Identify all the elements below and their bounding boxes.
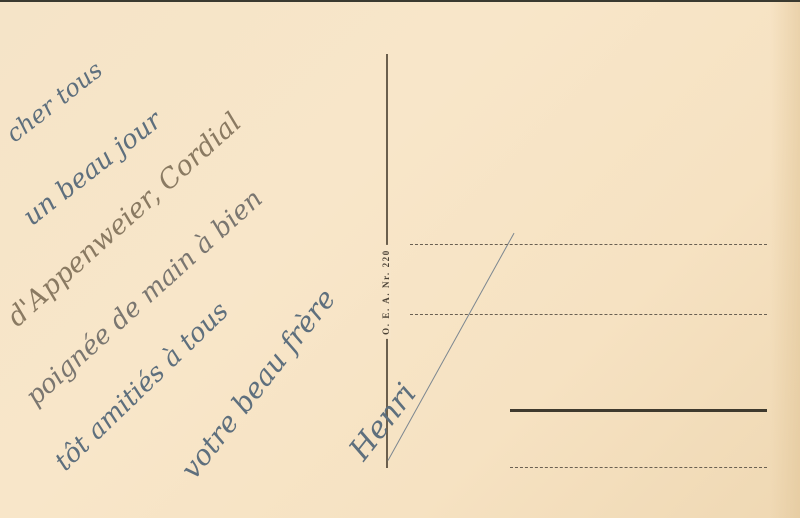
postcard-back: O. E. A. Nr. 220 cher tous un beau jour …: [0, 0, 800, 518]
address-line-4: [510, 467, 767, 468]
address-line-2: [410, 314, 767, 315]
address-line-1: [410, 244, 767, 245]
publisher-mark: O. E. A. Nr. 220: [381, 245, 391, 339]
address-line-3: [510, 409, 767, 412]
signature: Henri: [342, 377, 423, 467]
handwriting-line-1: cher tous: [1, 56, 108, 148]
signature-flourish: [388, 233, 515, 461]
